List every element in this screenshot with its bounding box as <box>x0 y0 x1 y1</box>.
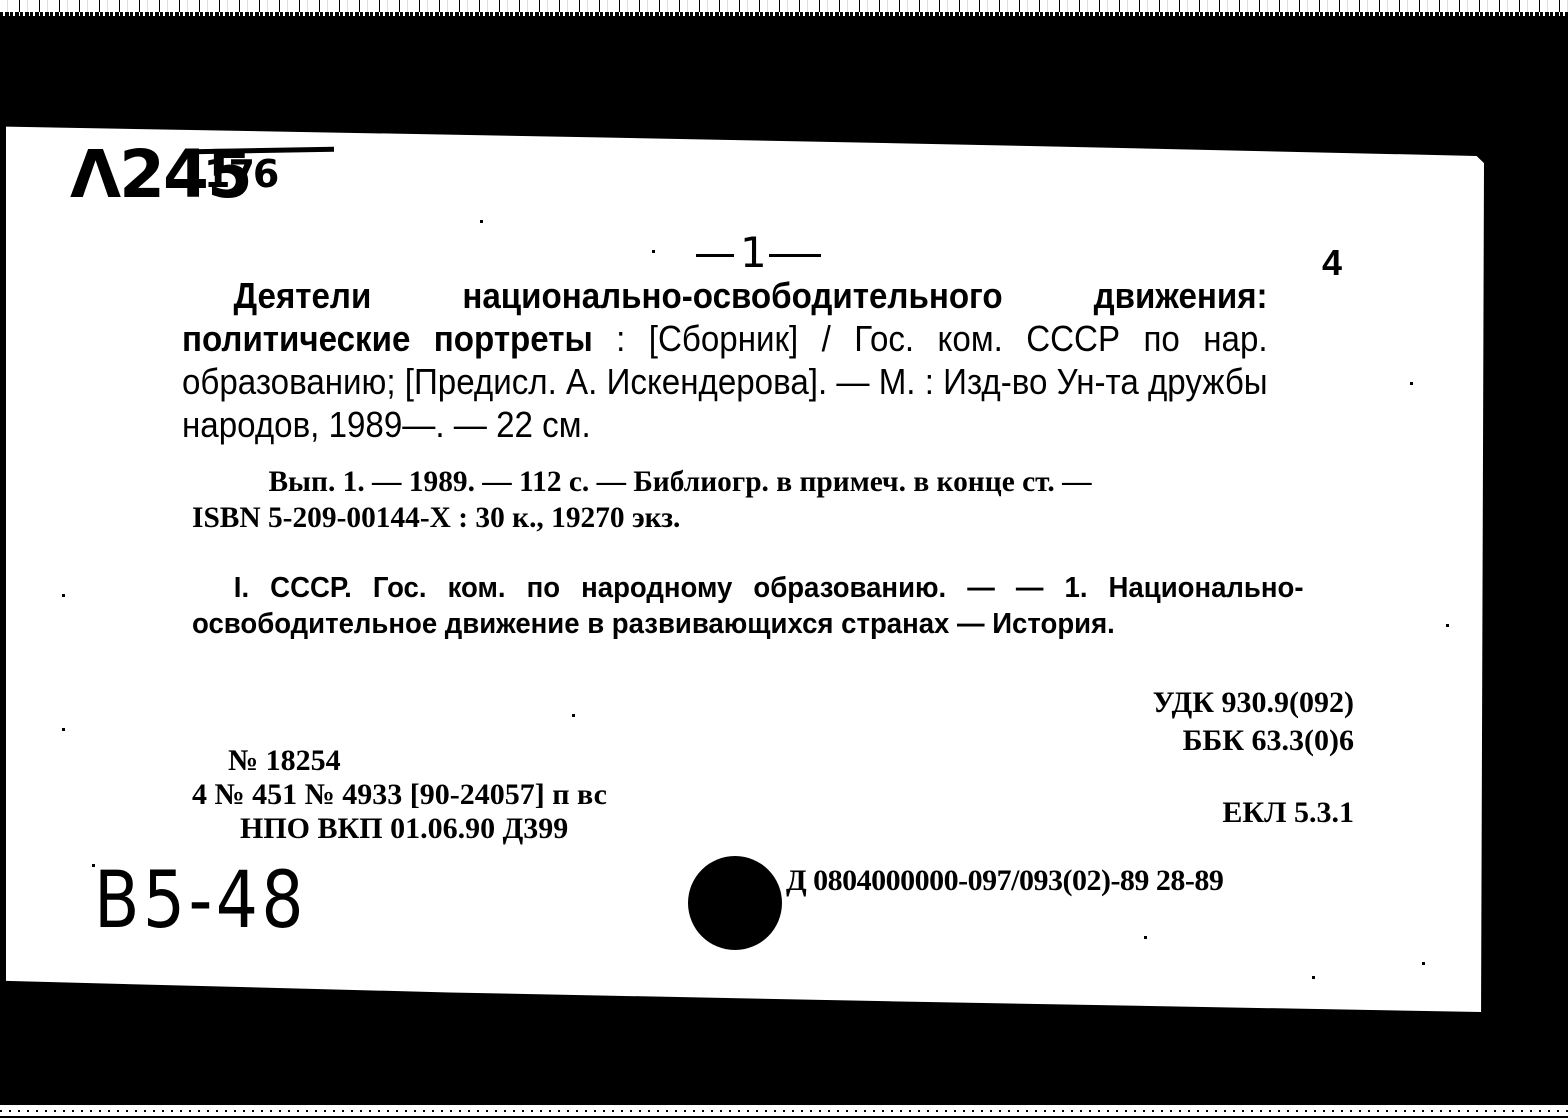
speck <box>92 864 95 867</box>
punch-hole <box>688 856 782 950</box>
handwritten-shelf-sub: 176 <box>204 155 340 193</box>
classification-codes: УДК 930.9(092) ББК 63.3(0)6 ЕКЛ 5.3.1 <box>1153 684 1354 832</box>
speck <box>1144 936 1147 939</box>
print-info-line-2: 4 № 451 № 4933 [90-24057] п вс <box>192 778 607 812</box>
dash <box>769 254 821 257</box>
print-info-line-1: № 18254 <box>192 744 607 778</box>
ekl-code: ЕКЛ 5.3.1 <box>1153 794 1354 832</box>
handwritten-inventory-code: B5-48 <box>94 862 307 940</box>
scan-edge-bottom <box>0 1103 1568 1120</box>
handwritten-shelf-fraction: 176 <box>194 148 340 193</box>
notes-line-2-isbn: ISBN 5-209-00144-X : 30 к., 19270 экз. <box>192 500 1329 536</box>
speck <box>1422 962 1425 965</box>
speck <box>1312 976 1315 979</box>
speck <box>652 250 655 253</box>
print-info: № 18254 4 № 451 № 4933 [90-24057] п вс Н… <box>192 744 607 846</box>
catalog-card: Λ245 176 1 4 Деятели национально-освобод… <box>6 124 1484 1012</box>
dash <box>696 254 734 257</box>
print-info-line-3: НПО ВКП 01.06.90 Д399 <box>192 812 607 846</box>
volume-number: 1 <box>740 228 767 277</box>
udk-code: УДК 930.9(092) <box>1153 684 1354 722</box>
scan-edge-top <box>0 0 1568 16</box>
notes-line-1: Вып. 1. — 1989. — 112 с. — Библиогр. в п… <box>192 464 1329 500</box>
bibliographic-entry: Деятели национально-освободительного дви… <box>182 274 1268 446</box>
volume-notes: Вып. 1. — 1989. — 112 с. — Библиогр. в п… <box>192 464 1329 536</box>
scanned-page: Λ245 176 1 4 Деятели национально-освобод… <box>0 0 1568 1120</box>
bbk-code: ББК 63.3(0)6 <box>1153 722 1354 760</box>
speck <box>480 220 483 223</box>
speck <box>1410 382 1413 385</box>
speck <box>572 714 575 717</box>
handwritten-volume-mark: 1 <box>696 232 821 274</box>
speck <box>62 594 65 597</box>
speck <box>1446 624 1449 627</box>
speck <box>62 728 65 731</box>
card-number: 4 <box>1322 242 1342 284</box>
publisher-code: Д 0804000000-097/093(02)-89 28-89 <box>786 864 1223 898</box>
subject-tracings: I. СССР. Гос. ком. по народному образова… <box>192 570 1304 642</box>
